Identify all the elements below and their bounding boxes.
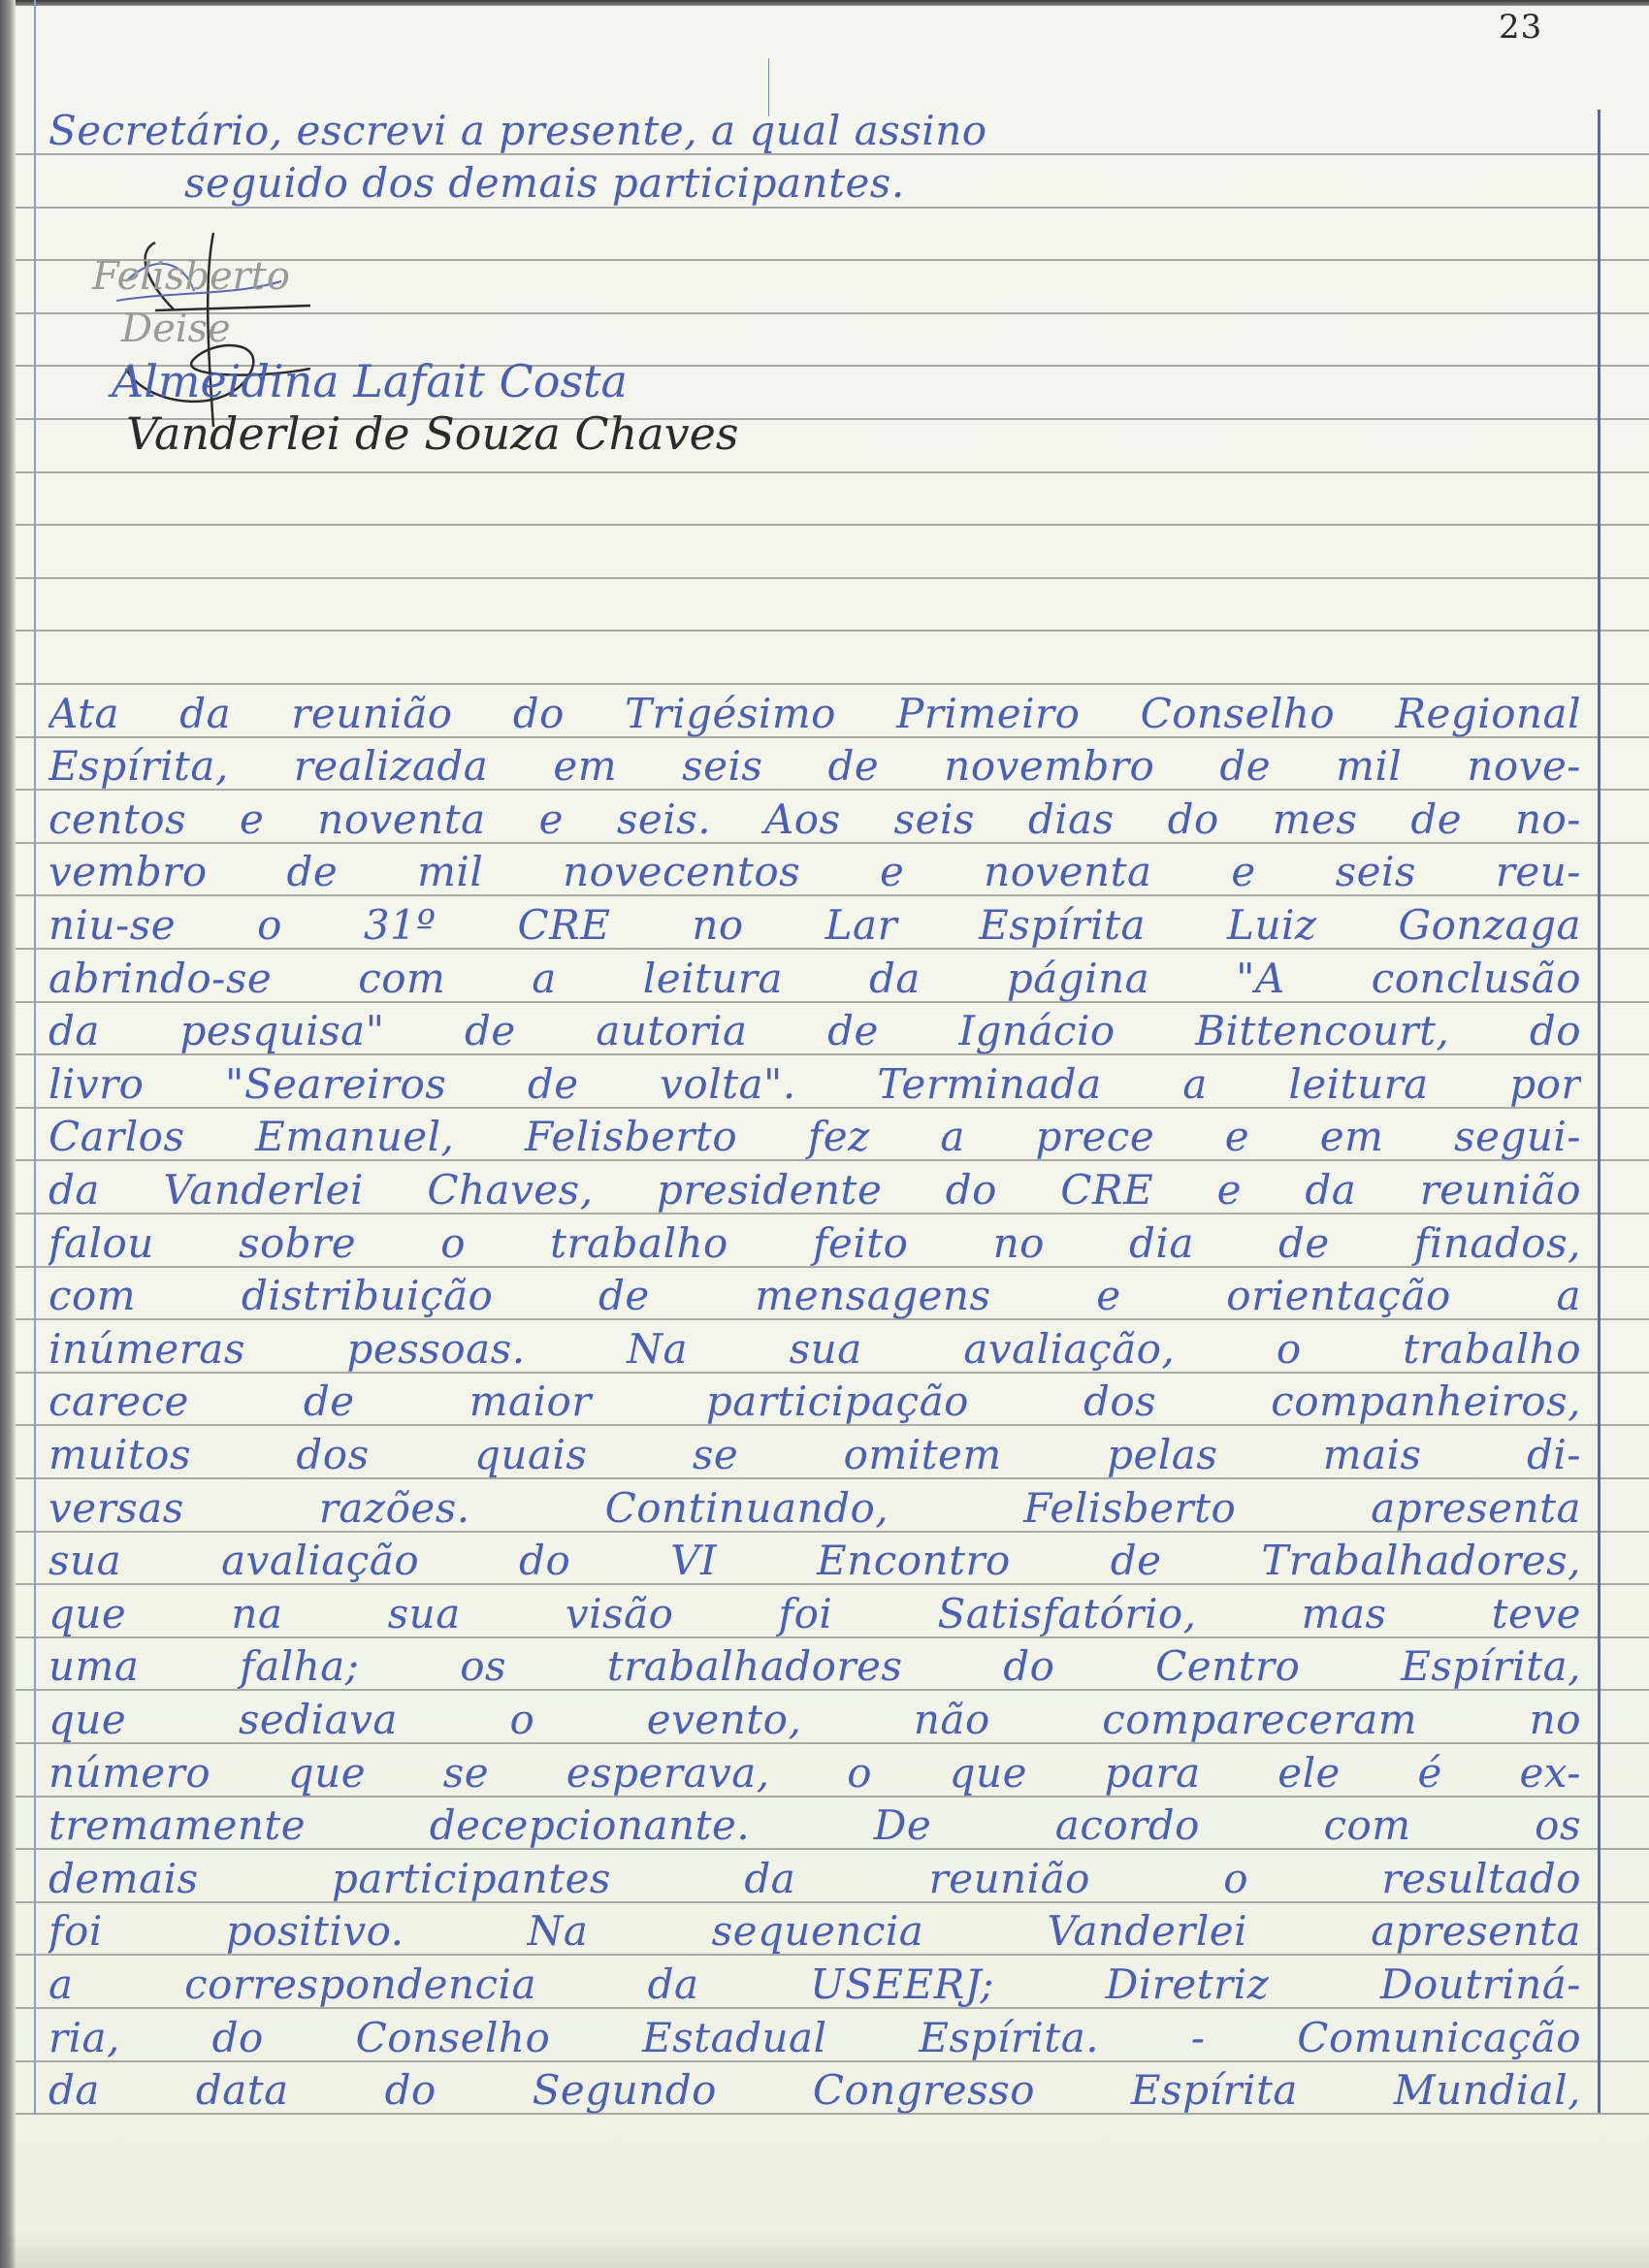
minutes-line: inúmeras pessoas. Na sua avaliação, o tr… <box>48 1323 1581 1376</box>
signature-almeidina: Almeidina Lafait Costa <box>112 355 628 407</box>
minutes-line: centos e noventa e seis. Aos seis dias d… <box>48 794 1581 846</box>
closing-line: seguido dos demais participantes. <box>184 157 1649 210</box>
minutes-line: abrindo-se com a leitura da página "A co… <box>48 953 1581 1005</box>
left-margin-line <box>34 0 36 2115</box>
minutes-line: tremamente decepcionante. De acordo com … <box>48 1799 1581 1852</box>
minutes-line: que na sua visão foi Satisfatório, mas t… <box>48 1588 1581 1640</box>
notebook-page: 23 Secretário, escrevi a presente, a qua… <box>0 0 1649 2268</box>
minutes-line: da data do Segundo Congresso Espírita Mu… <box>48 2064 1581 2117</box>
signature-vanderlei: Vanderlei de Souza Chaves <box>126 407 738 460</box>
minutes-line: muitos dos quais se omitem pelas mais di… <box>48 1429 1581 1481</box>
rule-line <box>16 630 1649 632</box>
minutes-line: que sediava o evento, não compareceram n… <box>48 1694 1581 1746</box>
page-number: 23 <box>1499 8 1542 47</box>
signature-deise: Deise <box>121 303 231 355</box>
rule-line <box>16 577 1649 579</box>
minutes-line: número que se esperava, o que para ele é… <box>48 1747 1581 1799</box>
rule-line <box>16 471 1649 473</box>
minutes-line: a correspondencia da USEERJ; Diretriz Do… <box>48 1959 1581 2011</box>
right-margin-line <box>1598 110 1600 2113</box>
minutes-line: da pesquisa" de autoria de Ignácio Bitte… <box>48 1005 1581 1057</box>
minutes-line: com distribuição de mensagens e orientaç… <box>48 1270 1581 1322</box>
minutes-line: versas razões. Continuando, Felisberto a… <box>48 1482 1581 1535</box>
minutes-line: carece de maior participação dos companh… <box>48 1376 1581 1428</box>
minutes-line: uma falha; os trabalhadores do Centro Es… <box>48 1640 1581 1693</box>
minutes-line: falou sobre o trabalho feito no dia de f… <box>48 1217 1581 1270</box>
minutes-line: demais participantes da reunião o result… <box>48 1853 1581 1905</box>
minutes-line: ria, do Conselho Estadual Espírita. - Co… <box>48 2012 1581 2064</box>
minutes-line: Espírita, realizada em seis de novembro … <box>48 740 1581 793</box>
rule-line <box>16 683 1649 685</box>
minutes-line: Carlos Emanuel, Felisberto fez a prece e… <box>48 1111 1581 1163</box>
scan-left-shadow <box>0 0 16 2268</box>
rule-line <box>16 524 1649 526</box>
minutes-line: Ata da reunião do Trigésimo Primeiro Con… <box>48 688 1581 740</box>
minutes-line: livro "Seareiros de volta". Terminada a … <box>48 1058 1581 1111</box>
closing-line: Secretário, escrevi a presente, a qual a… <box>48 105 1581 157</box>
scan-bottom-shadow <box>0 2229 1649 2268</box>
minutes-line: da Vanderlei Chaves, presidente do CRE e… <box>48 1164 1581 1216</box>
minutes-line: niu-se o 31º CRE no Lar Espírita Luiz Go… <box>48 899 1581 952</box>
scan-top-edge <box>0 0 1649 6</box>
signature-felisberto: Felisberto <box>92 250 290 303</box>
minutes-line: vembro de mil novecentos e noventa e sei… <box>48 846 1581 898</box>
minutes-line: foi positivo. Na sequencia Vanderlei apr… <box>48 1905 1581 1958</box>
minutes-line: sua avaliação do VI Encontro de Trabalha… <box>48 1535 1581 1587</box>
